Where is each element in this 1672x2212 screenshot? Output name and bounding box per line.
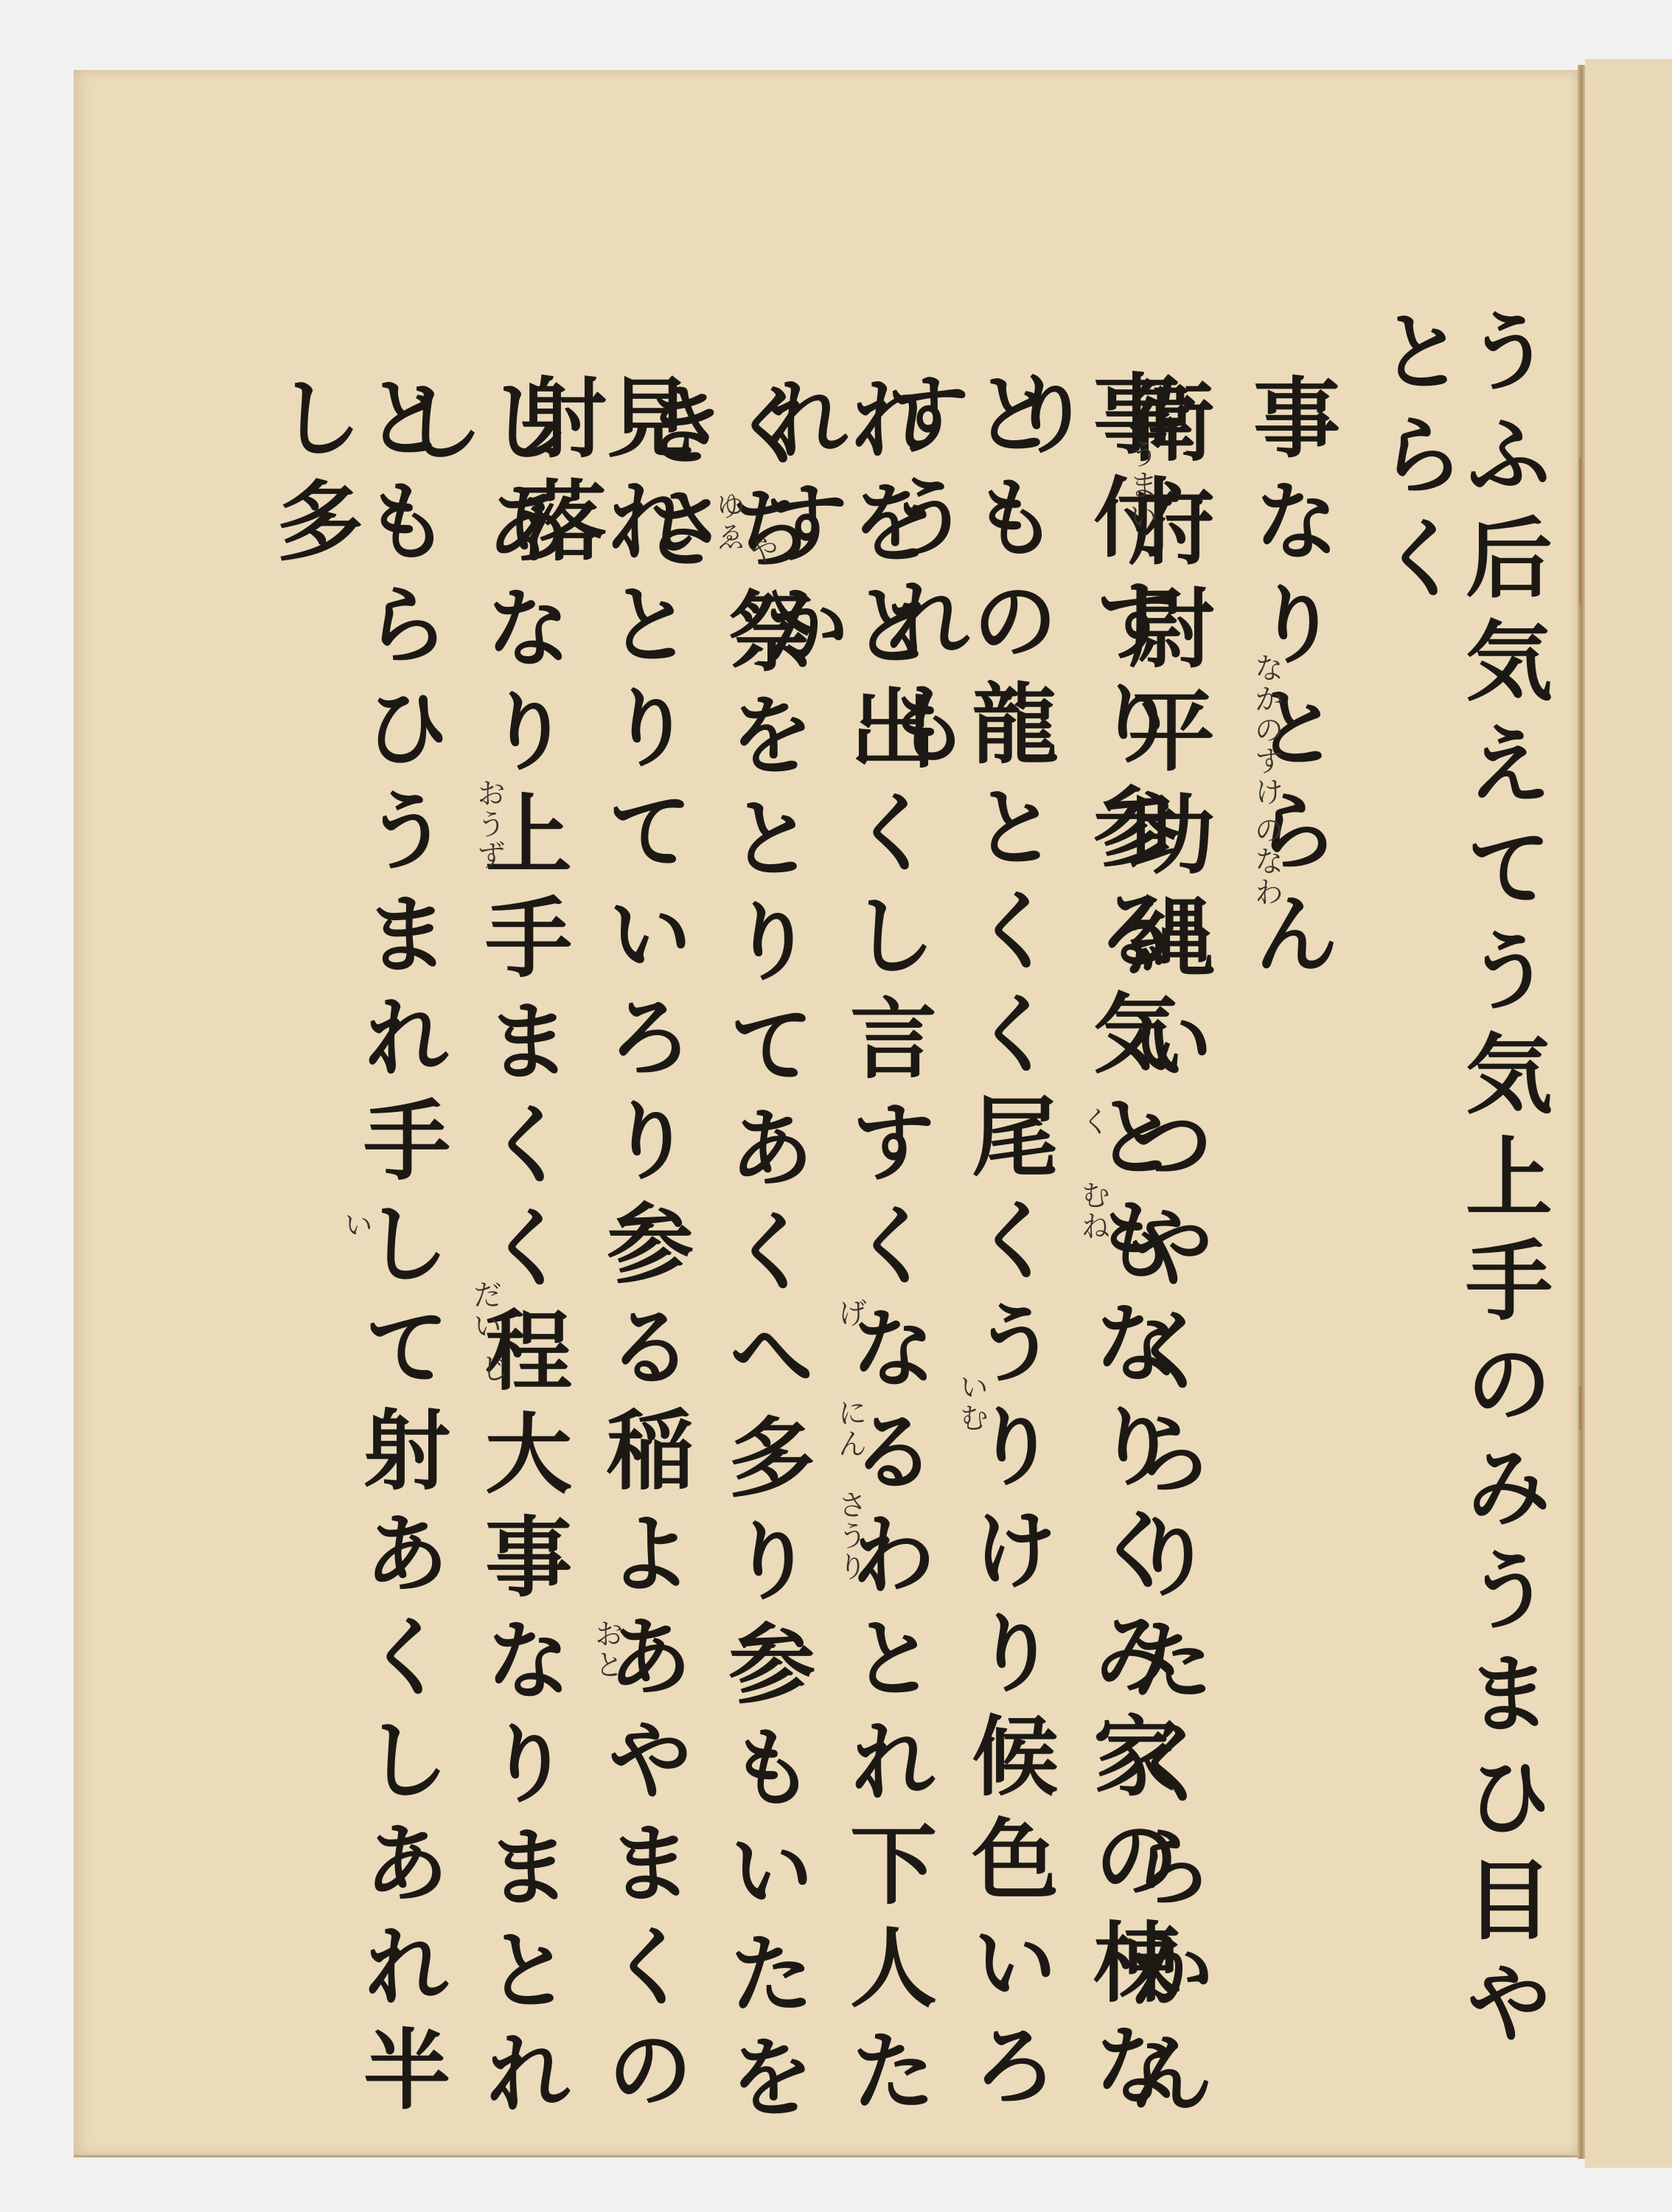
adjacent-page-edge: [1585, 59, 1672, 2168]
furigana: おうず: [468, 778, 510, 871]
text-column-10: ともらひうまれ手して射あくしあれ半し多: [269, 372, 443, 2155]
manuscript-page: うふ后気えてう気上手のみうまひ目やとらく 事なりとらん 衛府尉平助縄いつやくらり…: [74, 70, 1578, 2157]
furigana: げ: [829, 1298, 871, 1329]
furigana: むね: [1073, 1180, 1115, 1242]
furigana: いむ: [951, 1371, 993, 1433]
furigana: さうり: [829, 1489, 871, 1582]
furigana: のなわ: [1246, 815, 1288, 908]
text-column-1: うふ后気えてう気上手のみうまひ目やとらく: [1371, 306, 1545, 2155]
binding-thread: [1579, 1386, 1581, 1430]
furigana: や: [741, 535, 783, 566]
furigana: おと: [586, 1618, 628, 1680]
binding-thread: [1579, 457, 1581, 605]
furigana: だい: [464, 1279, 506, 1341]
furigana: にん: [829, 1397, 871, 1459]
furigana: い: [335, 1209, 377, 1240]
furigana: なかのすけ: [1246, 653, 1288, 807]
book-gutter: [1578, 65, 1585, 2159]
furigana: く: [1073, 1106, 1115, 1137]
furigana: うまい: [1121, 439, 1163, 532]
furigana: じ: [472, 1353, 514, 1384]
